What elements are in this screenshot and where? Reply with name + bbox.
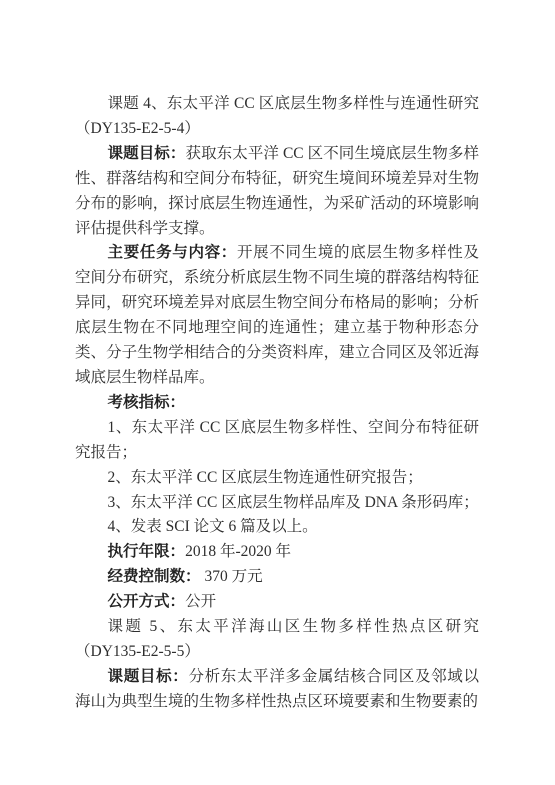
paragraph-assessment-item-3: 3、东太平洋 CC 区底层生物样品库及 DNA 条形码库； xyxy=(75,491,479,516)
paragraph-assessment-item-1: 1、东太平洋 CC 区底层生物多样性、空间分布特征研究报告； xyxy=(75,416,479,466)
paragraph-label: 执行年限： xyxy=(108,543,186,560)
paragraph-text: 公开 xyxy=(185,593,216,610)
paragraph-assessment-item-2: 2、东太平洋 CC 区底层生物连通性研究报告； xyxy=(75,466,479,491)
paragraph-topic4-title: 课题 4、东太平洋 CC 区底层生物多样性与连通性研究（DY135‑E2‑5‑4… xyxy=(75,92,479,142)
paragraph-topic5-title: 课题 5、东太平洋海山区生物多样性热点区研究（DY135‑E2‑5‑5） xyxy=(75,615,479,665)
paragraph-topic4-objective: 课题目标：获取东太平洋 CC 区不同生境底层生物多样性、群落结构和空间分布特征，… xyxy=(75,142,479,242)
paragraph-budget-control: 经费控制数： 370 万元 xyxy=(75,565,479,590)
paragraph-label: 主要任务与内容： xyxy=(108,244,237,261)
paragraph-text: 课题 5、东太平洋海山区生物多样性热点区研究（DY135‑E2‑5‑5） xyxy=(75,618,479,660)
paragraph-text: 课题 4、东太平洋 CC 区底层生物多样性与连通性研究（DY135‑E2‑5‑4… xyxy=(75,95,479,137)
paragraph-text: 370 万元 xyxy=(201,568,263,585)
paragraph-text: 1、东太平洋 CC 区底层生物多样性、空间分布特征研究报告； xyxy=(75,419,479,461)
paragraph-label: 考核指标： xyxy=(108,394,186,411)
paragraph-text: 2018 年‑2020 年 xyxy=(185,543,291,560)
paragraph-label: 经费控制数： xyxy=(108,568,201,585)
paragraph-execution-period: 执行年限：2018 年‑2020 年 xyxy=(75,540,479,565)
document-page: 课题 4、东太平洋 CC 区底层生物多样性与连通性研究（DY135‑E2‑5‑4… xyxy=(0,0,555,785)
paragraph-text: 开展不同生境的底层生物多样性及空间分布研究，系统分析底层生物不同生境的群落结构特… xyxy=(75,244,479,386)
paragraph-topic4-tasks: 主要任务与内容：开展不同生境的底层生物多样性及空间分布研究，系统分析底层生物不同… xyxy=(75,241,479,390)
paragraph-label: 公开方式： xyxy=(108,593,186,610)
paragraph-label: 课题目标： xyxy=(108,145,186,162)
paragraph-disclosure-method: 公开方式：公开 xyxy=(75,590,479,615)
paragraph-text: 4、发表 SCI 论文 6 篇及以上。 xyxy=(108,518,318,535)
paragraph-topic5-objective: 课题目标：分析东太平洋多金属结核合同区及邻域以海山为典型生境的生物多样性热点区环… xyxy=(75,665,479,715)
paragraph-assessment-item-4: 4、发表 SCI 论文 6 篇及以上。 xyxy=(75,515,479,540)
paragraph-text: 2、东太平洋 CC 区底层生物连通性研究报告； xyxy=(108,469,423,486)
paragraph-assessment-heading: 考核指标： xyxy=(75,391,479,416)
paragraph-label: 课题目标： xyxy=(108,668,189,685)
paragraph-text: 3、东太平洋 CC 区底层生物样品库及 DNA 条形码库； xyxy=(108,494,479,511)
